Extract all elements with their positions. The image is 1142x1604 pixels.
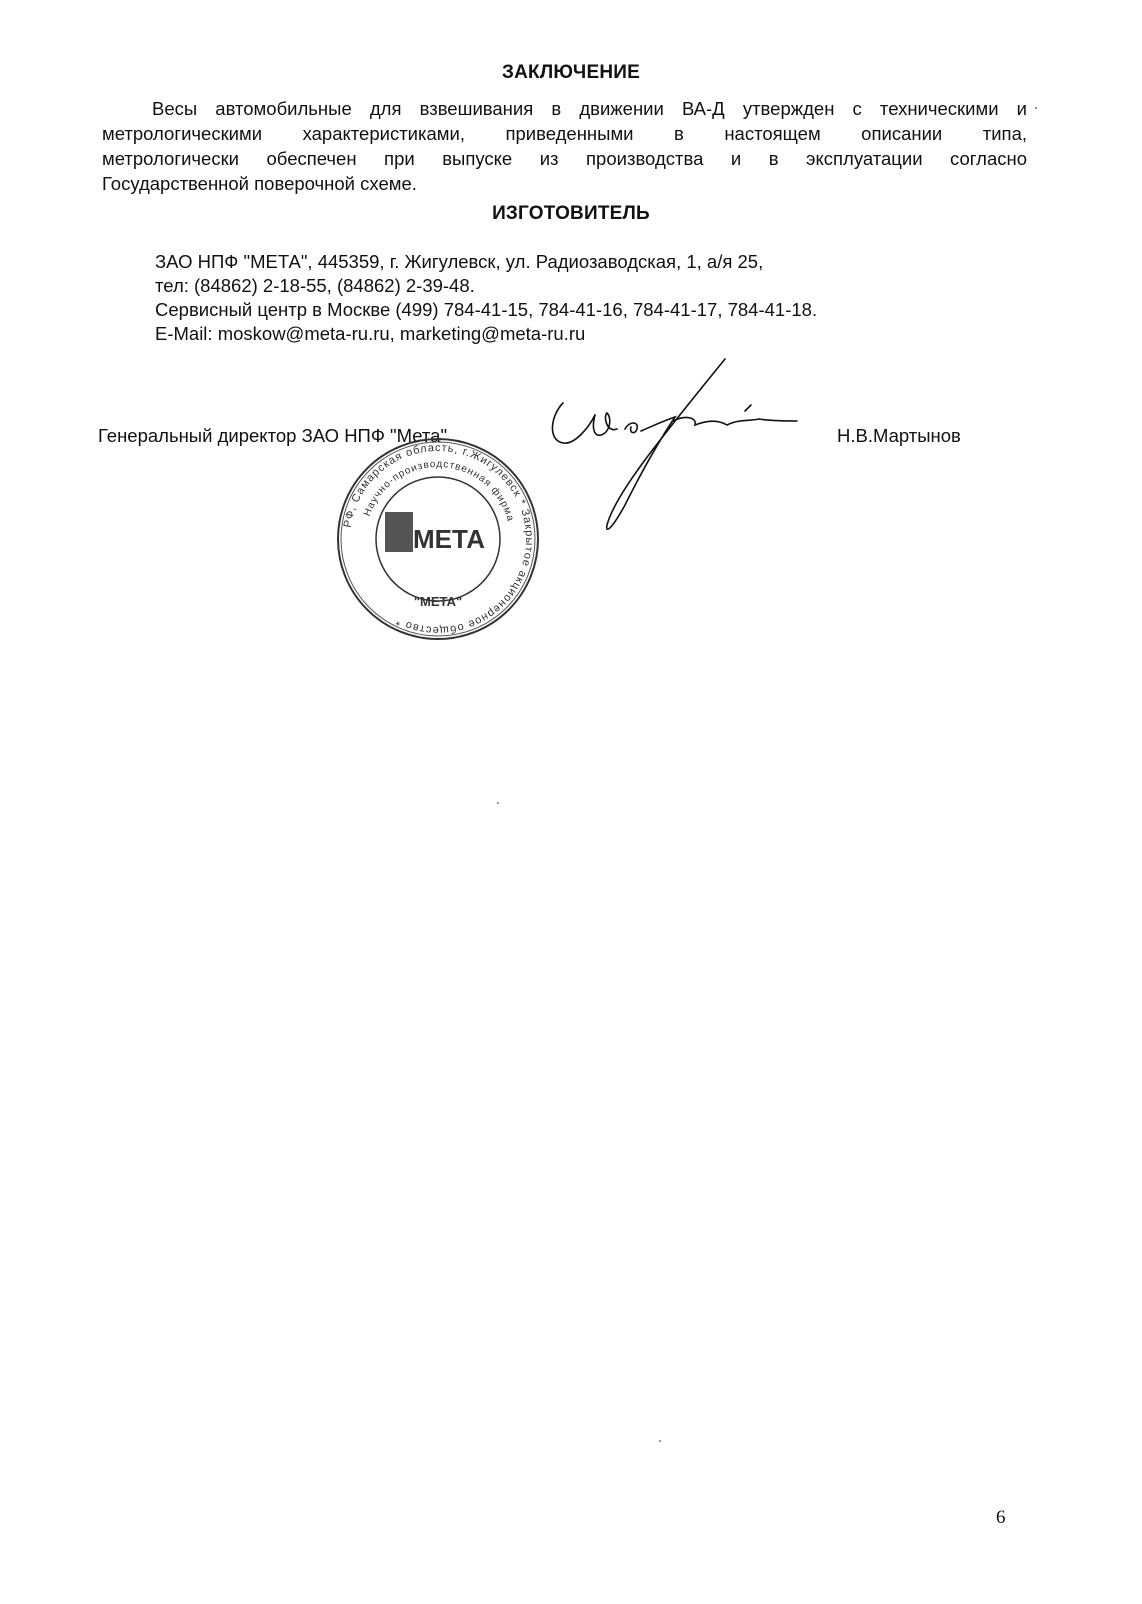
company-seal-icon: РФ, Самарская область, г.Жигулевск * Зак… — [333, 438, 543, 640]
svg-text:МЕТА: МЕТА — [413, 524, 485, 554]
handwritten-signature-icon — [545, 355, 815, 545]
document-page: ЗАКЛЮЧЕНИЕ Весы автомобильные для взвеши… — [0, 0, 1142, 1604]
scan-speck — [659, 1440, 661, 1442]
page-number: 6 — [996, 1507, 1006, 1529]
conclusion-paragraph: Весы автомобильные для взвешивания в дви… — [102, 96, 1027, 196]
conclusion-text-1: Весы автомобильные для взвешивания в дви… — [152, 98, 1027, 119]
scan-speck — [1035, 107, 1037, 109]
conclusion-line-2: метрологическими характеристиками, приве… — [102, 121, 1027, 146]
manufacturer-contacts: ЗАО НПФ "МЕТА", 445359, г. Жигулевск, ул… — [155, 250, 817, 346]
manufacturer-phone: тел: (84862) 2-18-55, (84862) 2-39-48. — [155, 274, 817, 298]
scan-speck — [497, 802, 499, 804]
signer-name: Н.В.Мартынов — [837, 425, 961, 447]
email-line: E-Mail: moskow@meta-ru.ru, marketing@met… — [155, 322, 817, 346]
svg-text:"МЕТА": "МЕТА" — [414, 594, 462, 609]
conclusion-line-1: Весы автомобильные для взвешивания в дви… — [102, 96, 1027, 121]
conclusion-line-3: метрологически обеспечен при выпуске из … — [102, 146, 1027, 171]
conclusion-heading: ЗАКЛЮЧЕНИЕ — [0, 62, 1142, 84]
service-center: Сервисный центр в Москве (499) 784-41-15… — [155, 298, 817, 322]
manufacturer-heading: ИЗГОТОВИТЕЛЬ — [0, 203, 1142, 225]
conclusion-line-4: Государственной поверочной схеме. — [102, 171, 1027, 196]
manufacturer-address: ЗАО НПФ "МЕТА", 445359, г. Жигулевск, ул… — [155, 250, 817, 274]
